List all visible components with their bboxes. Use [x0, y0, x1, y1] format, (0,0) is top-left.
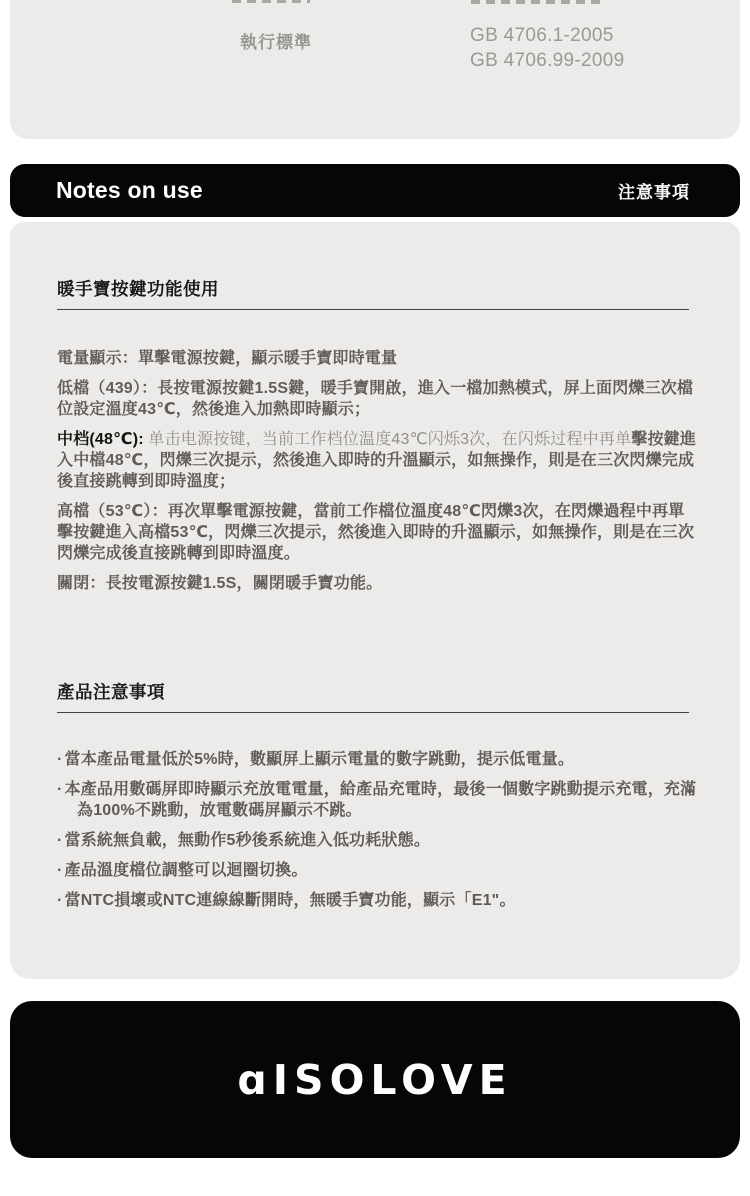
list-item: ·產品溫度檔位調整可以迴圈切換。 — [57, 860, 700, 881]
paragraph-low-gear: 低檔（439）：長按電源按鍵1.5S鍵，暖手寶開啟，進入一檔加熱模式，屏上面閃爍… — [57, 378, 700, 420]
list-item-text: 產品溫度檔位調整可以迴圈切換。 — [65, 862, 308, 879]
paragraph-battery-display: 電量顯示：單擊電源按鍵，顯示暖手寶即時電量 — [57, 348, 700, 369]
product-notes-list: ·當本產品電量低於5%時，數顯屏上顯示電量的數字跳動，提示低電量。 ·本產品用數… — [57, 749, 700, 911]
paragraph-mid-gear-light-text: 单击电源按键，当前工作档位温度43℃闪烁3次，在闪烁过程中再单 — [148, 431, 631, 448]
heading-divider — [57, 309, 689, 310]
spec-label-execution-standard: 執行標準 — [240, 28, 312, 53]
brand-logo-rest: isolove — [273, 1056, 513, 1104]
notes-card: 暖手寶按鍵功能使用 電量顯示：單擊電源按鍵，顯示暖手寶即時電量 低檔（439）：… — [10, 222, 740, 979]
spec-values: GB 4706.1-2005 GB 4706.99-2009 — [470, 23, 625, 73]
product-detail-page: 執行標準 GB 4706.1-2005 GB 4706.99-2009 Note… — [0, 0, 750, 1196]
paragraph-mid-gear: 中档(48℃): 单击电源按键，当前工作档位温度43℃闪烁3次，在闪烁过程中再单… — [57, 429, 700, 492]
subsection-heading-button-functions: 暖手寶按鍵功能使用 — [57, 278, 700, 300]
list-item: ·當NTC損壞或NTC連線線斷開時，無暖手寶功能，顯示「E1"。 — [57, 890, 700, 911]
brand-logo-first-letter: ɑ — [237, 1056, 272, 1104]
list-item: ·當本產品電量低於5%時，數顯屏上顯示電量的數字跳動，提示低電量。 — [57, 749, 700, 770]
list-item-text: 當本產品電量低於5%時，數顯屏上顯示電量的數字跳動，提示低電量。 — [65, 751, 575, 768]
section-title-english: Notes on use — [56, 177, 203, 204]
section-header-bar: Notes on use 注意事項 — [10, 164, 740, 217]
bullet-marker: · — [57, 781, 65, 798]
bullet-marker: · — [57, 751, 65, 768]
list-item: ·本產品用數碼屏即時顯示充放電電量，給產品充電時，最後一個數字跳動提示充電，充滿… — [57, 779, 700, 821]
bullet-marker: · — [57, 832, 65, 849]
bullet-marker: · — [57, 892, 65, 909]
spec-value-standard-1: GB 4706.1-2005 — [470, 23, 625, 48]
list-item-text: 當NTC損壞或NTC連線線斷開時，無暖手寶功能，顯示「E1"。 — [65, 892, 516, 909]
list-item-text: 本產品用數碼屏即時顯示充放電電量，給產品充電時，最後一個數字跳動提示充電，充滿為… — [65, 781, 697, 819]
bullet-marker: · — [57, 862, 65, 879]
heading-divider — [57, 712, 689, 713]
spec-value-standard-2: GB 4706.99-2009 — [470, 48, 625, 73]
paragraph-mid-gear-label: 中档(48℃): — [57, 431, 148, 448]
paragraph-power-off: 關閉：長按電源按鍵1.5S，關閉暖手寶功能。 — [57, 573, 700, 594]
subsection-heading-product-notes: 產品注意事項 — [57, 681, 700, 703]
list-item-text: 當系統無負載，無動作5秒後系統進入低功耗狀態。 — [65, 832, 431, 849]
brand-footer: ɑisolove — [10, 1001, 740, 1158]
clipped-text-remnant — [471, 0, 605, 4]
list-item: ·當系統無負載，無動作5秒後系統進入低功耗狀態。 — [57, 830, 700, 851]
section-title-chinese: 注意事項 — [618, 178, 690, 203]
brand-logo: ɑisolove — [237, 1056, 512, 1104]
clipped-text-remnant — [232, 0, 310, 3]
paragraph-high-gear: 高檔（53℃）：再次單擊電源按鍵，當前工作檔位溫度48℃閃爍3次，在閃爍過程中再… — [57, 501, 700, 564]
spec-card: 執行標準 GB 4706.1-2005 GB 4706.99-2009 — [10, 0, 740, 139]
